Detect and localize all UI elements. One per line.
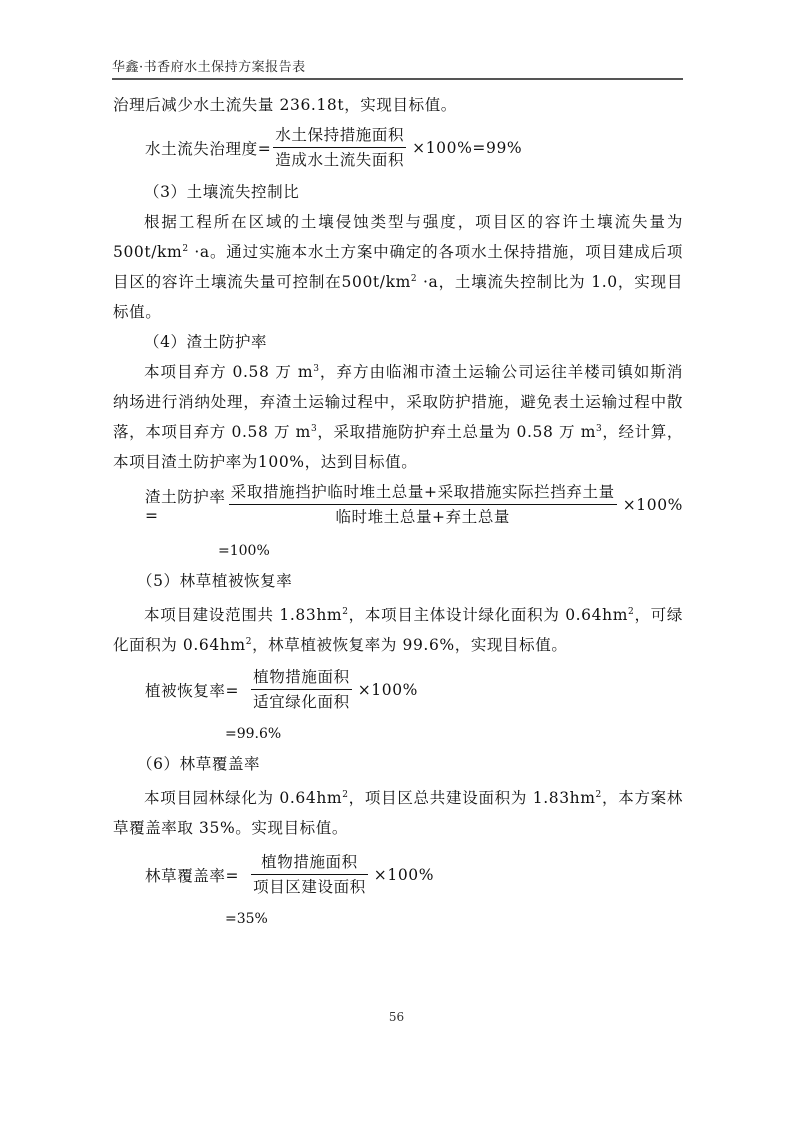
fraction-denominator: 适宜绿化面积: [251, 690, 352, 713]
fraction-numerator: 水土保持措施面积: [273, 124, 406, 148]
fraction-numerator: 植物措施面积: [251, 851, 368, 875]
formula-result: =100%: [113, 536, 683, 566]
formula-slag-protection-rate: 渣土防护率= 采取措施挡护临时堆土总量+采取措施实际拦挡弃土量 临时堆土总量+弃…: [113, 481, 683, 528]
formula-result: =35%: [113, 904, 683, 934]
section-5-paragraph: 本项目建设范围共 1.83hm2，本项目主体设计绿化面积为 0.64hm2，可绿…: [113, 600, 683, 660]
text-run: ，林草植被恢复率为 99.6%，实现目标值。: [252, 636, 567, 654]
formula-soil-loss-control-degree: 水土流失治理度= 水土保持措施面积 造成水土流失面积 ×100%=99%: [113, 124, 683, 171]
fraction: 水土保持措施面积 造成水土流失面积: [273, 124, 406, 171]
text-run: 本项目园林绿化为 0.64hm: [144, 789, 342, 807]
formula-tail: ×100%: [358, 681, 418, 699]
fraction-denominator: 临时堆土总量+弃土总量: [333, 505, 512, 528]
fraction: 采取措施挡护临时堆土总量+采取措施实际拦挡弃土量 临时堆土总量+弃土总量: [229, 481, 617, 528]
section-6-paragraph: 本项目园林绿化为 0.64hm2，项目区总共建设面积为 1.83hm2，本方案林…: [113, 783, 683, 843]
formula-tail: ×100%: [374, 866, 434, 884]
formula-lhs: 林草覆盖率=: [145, 864, 239, 886]
fraction-numerator: 采取措施挡护临时堆土总量+采取措施实际拦挡弃土量: [229, 481, 617, 505]
section-heading-4: （4）渣土防护率: [113, 327, 683, 357]
page-number: 56: [0, 1010, 793, 1024]
section-3-paragraph: 根据工程所在区域的土壤侵蚀类型与强度，项目区的容许土壤流失量为500t/km2 …: [113, 207, 683, 327]
text-run: 本项目弃方 0.58 万 m: [144, 363, 313, 381]
document-body: 治理后减少水土流失量 236.18t，实现目标值。 水土流失治理度= 水土保持措…: [113, 90, 683, 934]
formula-vegetation-restoration-rate: 植被恢复率= 植物措施面积 适宜绿化面积 ×100%: [113, 666, 683, 713]
formula-lhs: 植被恢复率=: [145, 679, 239, 701]
formula-result: =99.6%: [113, 719, 683, 749]
formula-tail: ×100%=99%: [412, 139, 522, 157]
formula-lhs: 渣土防护率=: [145, 485, 227, 525]
text-run: ，项目区总共建设面积为 1.83hm: [349, 789, 596, 807]
section-heading-5: （5）林草植被恢复率: [113, 566, 683, 596]
running-header: 华鑫·书香府水土保持方案报告表: [112, 56, 683, 80]
section-heading-3: （3）土壤流失控制比: [113, 177, 683, 207]
formula-forest-grass-coverage-rate: 林草覆盖率= 植物措施面积 项目区建设面积 ×100%: [113, 851, 683, 898]
formula-tail: ×100%: [623, 496, 683, 514]
fraction-denominator: 造成水土流失面积: [273, 148, 406, 171]
fraction-numerator: 植物措施面积: [251, 666, 352, 690]
section-4-paragraph: 本项目弃方 0.58 万 m3，弃方由临湘市渣土运输公司运往羊楼司镇如斯消纳场进…: [113, 357, 683, 477]
intro-paragraph: 治理后减少水土流失量 236.18t，实现目标值。: [113, 90, 683, 120]
fraction-denominator: 项目区建设面积: [251, 875, 368, 898]
text-run: 本项目建设范围共 1.83hm: [144, 606, 342, 624]
text-run: ，本项目主体设计绿化面积为 0.64hm: [349, 606, 628, 624]
fraction: 植物措施面积 适宜绿化面积: [251, 666, 352, 713]
formula-lhs: 水土流失治理度=: [145, 137, 271, 159]
section-heading-6: （6）林草覆盖率: [113, 749, 683, 779]
text-run: ，采取措施防护弃土总量为 0.58 万 m: [317, 423, 596, 441]
fraction: 植物措施面积 项目区建设面积: [251, 851, 368, 898]
